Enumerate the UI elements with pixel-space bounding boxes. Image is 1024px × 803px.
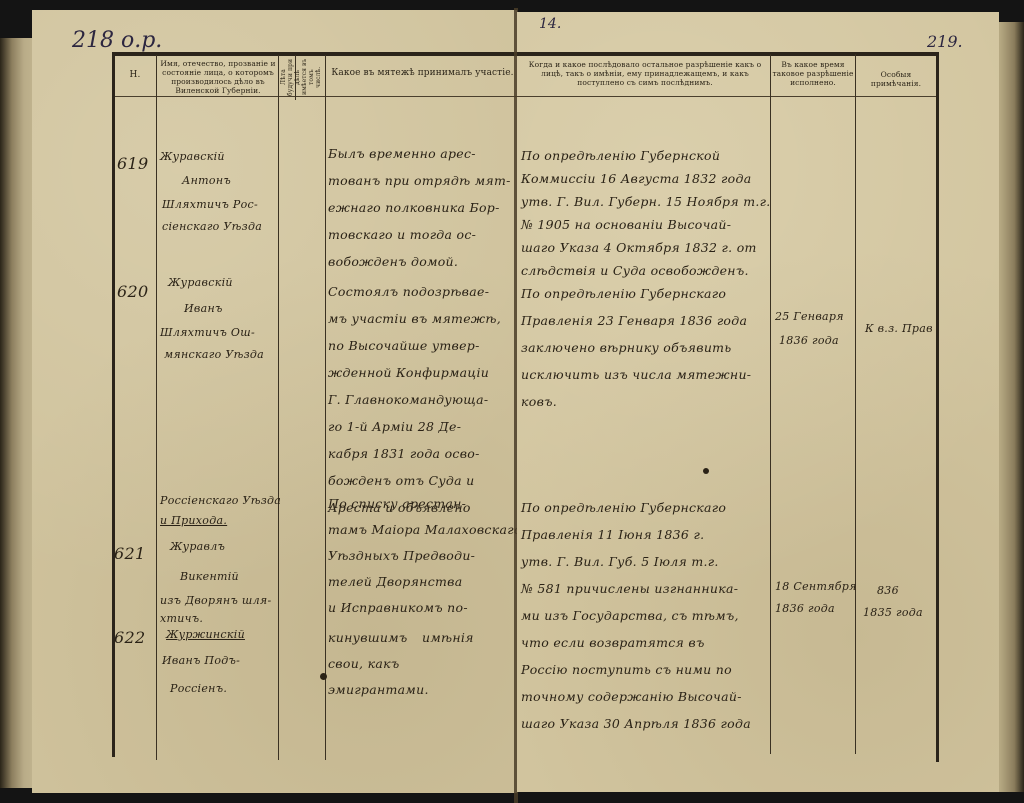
resolution-line: По опредѣленію Губернскаго <box>521 494 726 521</box>
header-age: Лѣта будучи при дѣлѣ имѣется въ томъ чис… <box>280 58 324 96</box>
participation-line: вобожденъ домой. <box>328 248 458 275</box>
header-top-rule <box>517 52 939 56</box>
entry-name-line: мянскаго Уѣзда <box>164 344 264 366</box>
entry-name-line: Шляхтичъ Ош- <box>160 322 255 344</box>
participation-line: кабря 1831 года осво- <box>328 440 480 467</box>
participation-line: Уѣздныхъ Предводи- <box>328 542 475 569</box>
page-number: 219. <box>927 32 963 51</box>
section-heading-line: и Прихода. <box>160 510 227 532</box>
ink-blot <box>703 468 709 474</box>
participation-line: товскаго и тогда ос- <box>328 221 476 248</box>
participation-line: свои, какъ <box>328 650 400 677</box>
header-number: Н. <box>114 70 156 81</box>
column-rule <box>112 52 115 757</box>
resolution-line: Правленія 11 Іюня 1836 г. <box>521 521 704 548</box>
page-mark: 14. <box>539 16 561 32</box>
participation-line: Состоялъ подозрѣвае- <box>328 278 489 305</box>
header-resolution: Когда и какое послѣдовало остальное разр… <box>521 60 769 87</box>
resolution-line: исключить изъ числа мятежни- <box>521 361 751 388</box>
header-executed: Въ какое время таковое разрѣшеніе исполн… <box>772 60 854 87</box>
column-rule <box>325 55 326 760</box>
entry-name-line: Иванъ <box>184 298 223 320</box>
entry-name-line: Журавскій <box>160 146 225 168</box>
resolution-line: заключено вѣрнику объявить <box>521 334 731 361</box>
section-heading-line: Россіенскаго Уѣзда <box>160 490 281 512</box>
resolution-line: утв. Г. Вил. Губ. 5 Іюля т.г. <box>521 548 719 575</box>
entry-name-line: Иванъ Подъ- <box>162 650 240 672</box>
resolution-line: что если возвратятся въ <box>521 629 705 656</box>
entry-number: 620 <box>117 278 148 305</box>
participation-line: телей Дворянства <box>328 568 463 595</box>
entry-number: 619 <box>117 150 148 177</box>
entry-name-line: Журжинскій <box>166 624 245 646</box>
entry-name-line: Журавскій <box>168 272 233 294</box>
participation-line: го 1-й Арміи 28 Де- <box>328 413 461 440</box>
resolution-line: ковъ. <box>521 388 557 415</box>
column-rule <box>936 52 939 762</box>
participation-line: эмигрантами. <box>328 676 429 703</box>
header-bottom-rule <box>517 96 939 97</box>
participation-line: Г. Главнокомандующа- <box>328 386 488 413</box>
header-name: Имя, отечество, прозваніе и состояніе ли… <box>158 59 278 95</box>
executed-date-line: 18 Сентября <box>775 576 857 598</box>
participation-line: кинувшимъ <box>328 624 408 651</box>
entry-number: 622 <box>114 624 145 651</box>
column-rule <box>156 55 157 760</box>
entry-name-line: Журавлъ <box>170 536 225 558</box>
participation-line: тамъ Маіора Малаховскаго <box>328 516 522 543</box>
participation-line: Былъ временно арес- <box>328 140 476 167</box>
ink-blot <box>320 673 327 680</box>
column-rule <box>770 54 771 754</box>
participation-line: мъ участіи въ мятежѣ, <box>328 305 501 332</box>
participation-line: по Высочайше утвер- <box>328 332 480 359</box>
entry-number: 621 <box>114 540 145 567</box>
note-line: 836 <box>877 580 899 602</box>
participation-line: жденной Конфирмаціи <box>328 359 489 386</box>
header-participation: Какое въ мятежѣ принималъ участіе. <box>328 68 517 79</box>
header-notes: Особыя примѣчанія. <box>857 70 935 88</box>
entry-name-line: сіенскаго Уѣзда <box>162 216 262 238</box>
resolution-line: № 581 причислены изгнанника- <box>521 575 738 602</box>
note-line: 1835 года <box>863 602 923 624</box>
note-text: К в.з. Прав <box>865 318 933 340</box>
participation-line: тованъ при отрядѣ мят- <box>328 167 511 194</box>
entry-name-line: Россіенъ. <box>170 678 227 700</box>
resolution-line: Россію поступить съ ними по <box>521 656 732 683</box>
entry-name-line: Шляхтичъ Рос- <box>162 194 258 216</box>
resolution-line: ми изъ Государства, съ тѣмъ, <box>521 602 739 629</box>
executed-date-line: 1836 года <box>775 598 835 620</box>
column-rule <box>855 54 856 754</box>
participation-line: ежнаго полковника Бор- <box>328 194 500 221</box>
resolution-line: шаго Указа 30 Апрѣля 1836 года <box>521 710 751 737</box>
left-page: 218 о.р. Н. Имя, отечество, прозваніе и … <box>32 10 517 793</box>
resolution-line: точному содержанію Высочай- <box>521 683 742 710</box>
executed-date-line: 1836 года <box>779 330 839 352</box>
executed-date-line: 25 Генваря <box>775 306 844 328</box>
participation-line: имѣнія <box>422 624 474 651</box>
participation-line: По списку арестан- <box>328 490 466 517</box>
participation-line: и Исправникомъ по- <box>328 594 468 621</box>
column-rule <box>278 55 279 760</box>
header-top-rule <box>112 52 517 56</box>
entry-name-line: Викентій <box>180 566 239 588</box>
archive-number: 218 о.р. <box>72 28 162 53</box>
entry-name-line: Антонъ <box>182 170 231 192</box>
header-bottom-rule <box>112 96 517 97</box>
right-page: 14. 219. Когда и какое послѣдовало остал… <box>517 12 999 792</box>
resolution-line: По опредѣленію Губернскаго <box>521 280 726 307</box>
resolution-line: Правленія 23 Генваря 1836 года <box>521 307 747 334</box>
